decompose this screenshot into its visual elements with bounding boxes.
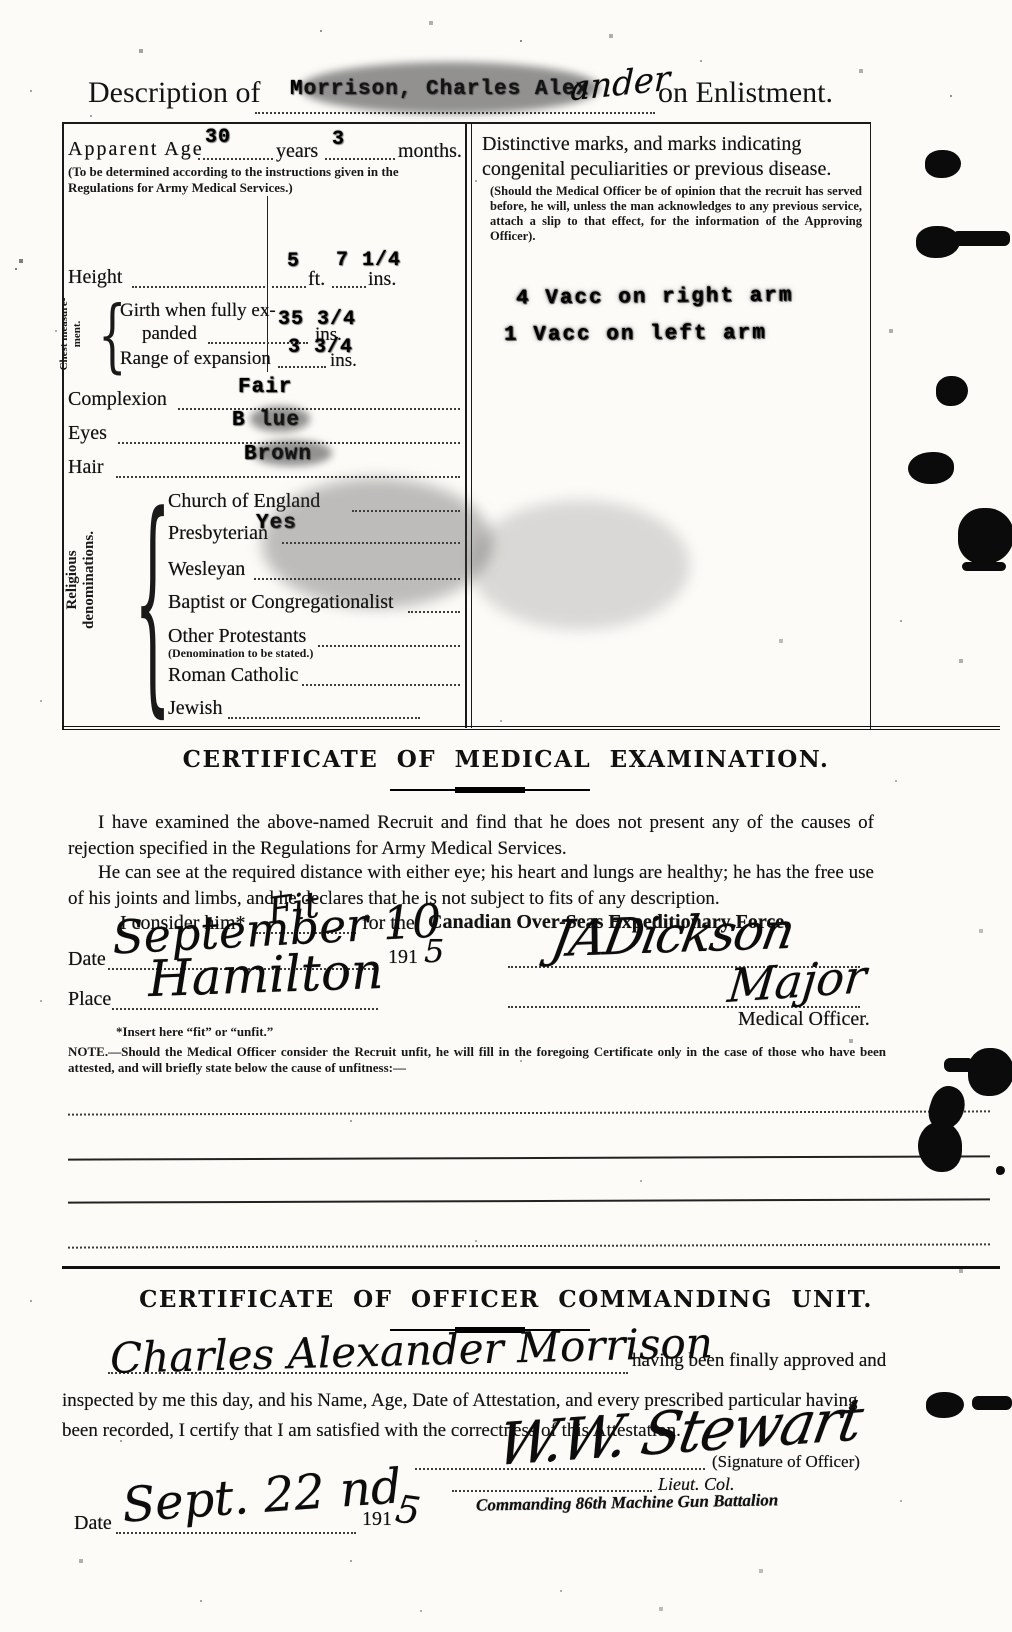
religion-item-wesleyan: Wesleyan (168, 558, 245, 581)
height-ft-unit: ft. (308, 268, 325, 291)
attestation-form-page: Description of Morrison, Charles Alex an… (0, 0, 1012, 1632)
ink-stain (925, 150, 961, 178)
religion-item-baptist: Baptist or Congregationalist (168, 591, 394, 614)
range-label: Range of expansion (120, 348, 271, 370)
unfitness-blank-line-2 (68, 1155, 990, 1160)
complexion-dotted-line (178, 408, 460, 410)
title-name-handwritten: ander (570, 59, 671, 110)
religion-other-note: (Denomination to be stated.) (168, 646, 313, 660)
hair-ink-smudge (252, 440, 332, 466)
column-divider (465, 122, 472, 728)
unfitness-blank-line-3 (68, 1198, 990, 1203)
religion-line-4 (318, 645, 460, 647)
eyes-label: Eyes (68, 422, 107, 445)
officer-year-printed: 191 (362, 1508, 392, 1531)
girth-value: 35 3/4 (278, 308, 356, 331)
height-ins-dotted-line (332, 286, 366, 288)
ink-stain (996, 1166, 1005, 1175)
officer-date-handwritten: Sept. 22 nd (120, 1458, 403, 1533)
ink-stain (968, 1048, 1012, 1096)
presbyterian-ink-smudge (262, 478, 492, 608)
age-years-dotted-line (198, 158, 273, 160)
chest-side-label: Chest measure- ment. (58, 294, 98, 374)
officer-section-rule (62, 1266, 1000, 1269)
height-ft-dotted-line (272, 286, 306, 288)
age-months-dotted-line (325, 158, 395, 160)
religion-side-label: Religious denominations. (64, 520, 100, 640)
age-months-value: 3 (332, 128, 345, 151)
age-years-value: 30 (205, 126, 231, 149)
complexion-label: Complexion (68, 388, 167, 411)
apparent-age-label: Apparent Age (68, 138, 204, 161)
age-years-unit: years (276, 140, 318, 163)
religion-line-6 (228, 717, 420, 719)
ink-stain (944, 1058, 974, 1072)
unfit-note: NOTE.—Should the Medical Officer conside… (68, 1044, 886, 1075)
ink-stain (918, 1122, 962, 1172)
officer-cert-heading: CERTIFICATE OF OFFICER COMMANDING UNIT. (0, 1286, 1012, 1313)
officer-date-label: Date (74, 1512, 112, 1535)
fit-footnote: *Insert here “fit” or “unfit.” (116, 1024, 273, 1040)
title-ink-smudge (300, 62, 600, 114)
religion-item-roman-catholic: Roman Catholic (168, 664, 299, 687)
title-suffix: on Enlistment. (658, 76, 833, 110)
religion-item-jewish: Jewish (168, 697, 222, 720)
age-months-unit: months. (398, 140, 462, 163)
religion-brace: { (134, 484, 171, 718)
complexion-value: Fair (238, 376, 292, 399)
unfitness-blank-line-4 (68, 1243, 990, 1248)
age-note: (To be determined according to the instr… (68, 164, 460, 195)
ink-stain (936, 376, 968, 406)
marks-heading: Distinctive marks, and marks indicating … (482, 132, 860, 182)
unit-stamp: Commanding 86th Machine Gun Battalion (476, 1490, 779, 1515)
ink-stain (926, 1392, 964, 1418)
height-label: Height (68, 266, 122, 289)
range-value: 3 3/4 (288, 336, 353, 359)
officer-year-handwritten: 5 (393, 1487, 423, 1534)
scan-noise-specks (0, 0, 2, 2)
medical-section-divider (390, 786, 590, 794)
ink-stain (962, 562, 1006, 571)
marks-entry-1: 4 Vacc on right arm (516, 285, 794, 311)
officer-date-dotted-line (116, 1532, 356, 1534)
medical-place-dotted-line (112, 1008, 378, 1010)
medical-date-label: Date (68, 948, 106, 971)
medical-year-printed: 191 (388, 946, 418, 969)
religion-line-2 (254, 578, 460, 580)
medical-para-1: I have examined the above-named Recruit … (68, 810, 874, 862)
unfitness-blank-line-1 (68, 1110, 990, 1115)
officer-signature-dotted-line-2 (452, 1490, 652, 1492)
officer-signature-label: (Signature of Officer) (712, 1452, 860, 1472)
medical-cert-heading: CERTIFICATE OF MEDICAL EXAMINATION. (0, 746, 1012, 773)
height-ft-value: 5 (287, 250, 300, 273)
center-ink-smudge (470, 500, 690, 630)
medical-place-handwritten: Hamilton (147, 942, 384, 1008)
medical-officer-label: Medical Officer. (738, 1008, 870, 1031)
religion-item-presbyterian: Presbyterian (168, 522, 268, 545)
value-column-divider (267, 196, 268, 372)
marks-entry-2: 1 Vacc on left arm (504, 322, 767, 347)
ink-stain (908, 452, 954, 484)
height-ins-value: 7 1/4 (336, 249, 401, 272)
ink-stain (952, 231, 1010, 246)
title-prefix: Description of (88, 76, 260, 110)
box-bottom-rule (62, 726, 1000, 730)
height-dotted-line (132, 286, 265, 288)
hair-label: Hair (68, 456, 104, 479)
medical-year-handwritten: 5 (424, 932, 444, 970)
girth-label-line2: panded (142, 323, 197, 345)
mo-rank-handwritten: Major (725, 949, 869, 1013)
marks-note: (Should the Medical Officer be of opinio… (490, 184, 862, 244)
officer-line1-rest: having been finally approved and (632, 1350, 886, 1372)
religion-item-other-protestants: Other Protestants (168, 625, 306, 648)
religion-line-3 (408, 611, 460, 613)
religion-line-5 (302, 684, 460, 686)
ink-stain (972, 1396, 1012, 1410)
range-dotted-line (278, 366, 326, 368)
girth-label-line1: Girth when fully ex- (120, 300, 276, 322)
eyes-ink-smudge (250, 406, 310, 432)
ink-stain (958, 508, 1012, 564)
medical-place-label: Place (68, 988, 111, 1011)
